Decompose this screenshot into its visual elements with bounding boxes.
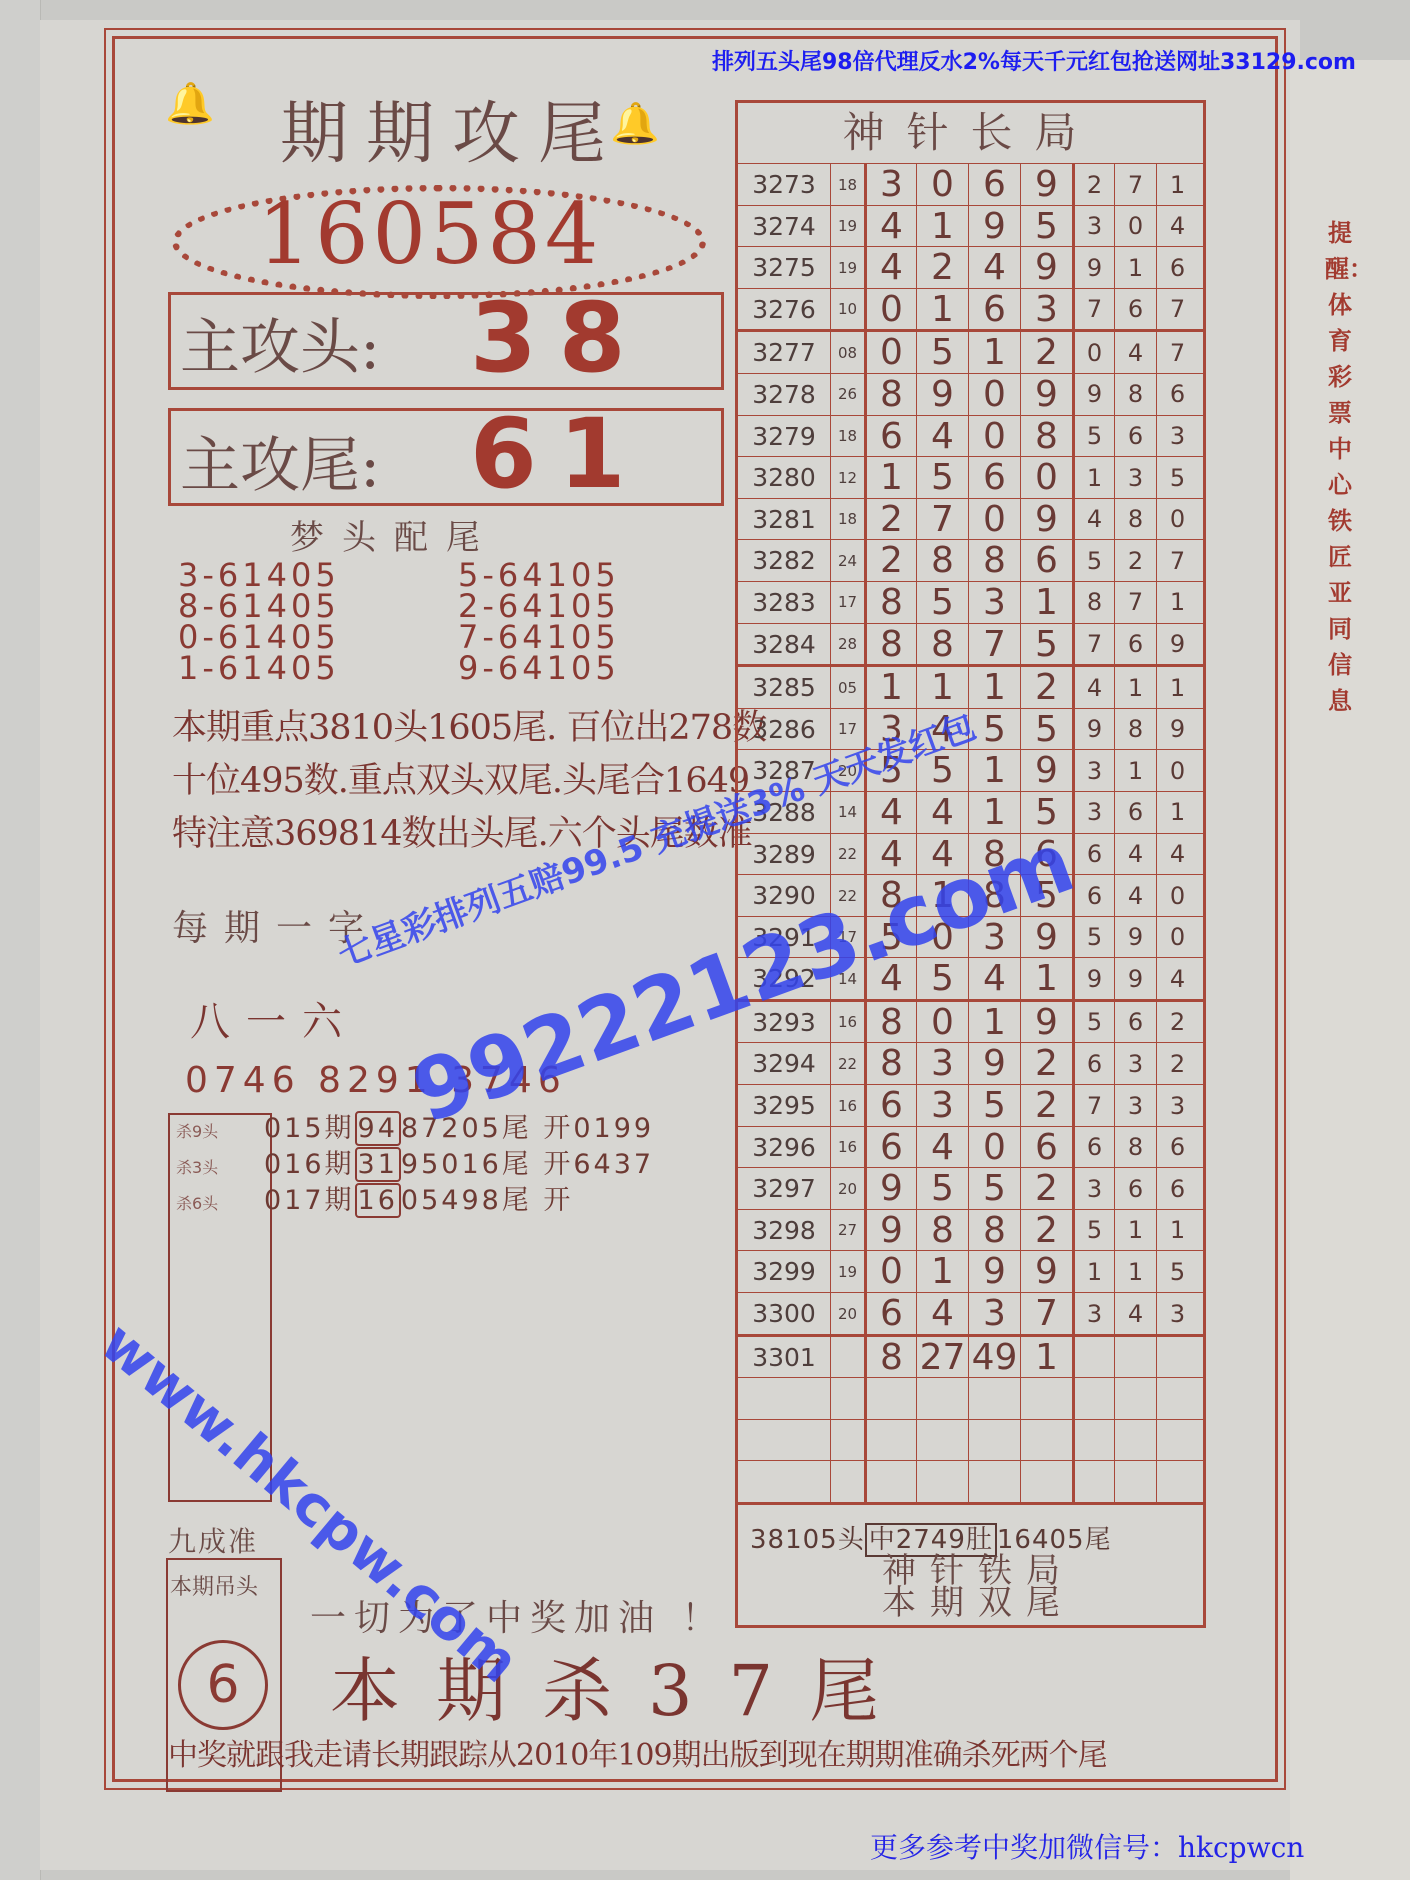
period-cell: 3300 bbox=[738, 1293, 830, 1334]
small-digit-cell: 1 bbox=[1156, 792, 1198, 833]
small-digit-cell bbox=[1114, 1337, 1156, 1378]
small-digit-cell: 7 bbox=[1156, 332, 1198, 373]
small-digit-cell: 0 bbox=[1156, 917, 1198, 958]
small-digit-cell: 3 bbox=[1072, 206, 1114, 247]
small-digit-cell: 0 bbox=[1072, 332, 1114, 373]
digit-cell: 9 bbox=[968, 1251, 1020, 1292]
digit-cell: 4 bbox=[916, 416, 968, 457]
table-row: 3284288875769 bbox=[738, 623, 1203, 665]
sum-cell: 28 bbox=[830, 624, 864, 665]
digit-cell: 9 bbox=[916, 374, 968, 415]
small-digit-cell: 5 bbox=[1156, 457, 1198, 498]
main-head-label: 主攻头: bbox=[180, 300, 380, 386]
digit-cell: 3 bbox=[864, 164, 916, 205]
digit-cell: 4 bbox=[916, 792, 968, 833]
digit-cell: 5 bbox=[968, 1085, 1020, 1126]
small-digit-cell: 5 bbox=[1072, 1210, 1114, 1251]
small-digit-cell: 4 bbox=[1156, 958, 1198, 999]
small-digit-cell: 3 bbox=[1072, 750, 1114, 791]
period-cell bbox=[738, 1461, 830, 1502]
sum-cell bbox=[830, 1378, 864, 1419]
small-digit-cell: 6 bbox=[1156, 247, 1198, 288]
digit-cell bbox=[968, 1420, 1020, 1461]
main-tail-value: 61 bbox=[470, 398, 648, 510]
small-digit-cell: 7 bbox=[1072, 624, 1114, 665]
small-digit-cell: 1 bbox=[1114, 667, 1156, 708]
digit-cell: 0 bbox=[864, 1251, 916, 1292]
small-digit-cell: 0 bbox=[1156, 499, 1198, 540]
table-row: 3297209552366 bbox=[738, 1167, 1203, 1209]
table-footer-line2: 神针铁局本期双尾 bbox=[808, 1555, 1148, 1619]
table-row: 3294228392632 bbox=[738, 1042, 1203, 1084]
table-row: 3277080512047 bbox=[738, 329, 1203, 373]
small-digit-cell bbox=[1072, 1378, 1114, 1419]
digit-cell: 7 bbox=[916, 499, 968, 540]
small-digit-cell: 4 bbox=[1114, 1293, 1156, 1334]
digit-cell: 5 bbox=[968, 1168, 1020, 1209]
small-digit-cell: 0 bbox=[1156, 750, 1198, 791]
period-cell: 3286 bbox=[738, 709, 830, 750]
digit-cell: 8 bbox=[916, 624, 968, 665]
digit-cell: 0 bbox=[968, 1127, 1020, 1168]
side-note: 提醒：体育彩票中心铁匠亚同信息 bbox=[1325, 215, 1355, 719]
digit-cell: 1 bbox=[1020, 582, 1072, 623]
small-digit-cell: 1 bbox=[1114, 247, 1156, 288]
watermark-top: 排列五头尾98倍代理反水2%每天千元红包抢送网址33129.com bbox=[712, 45, 1356, 76]
digit-cell: 9 bbox=[1020, 1002, 1072, 1043]
period-cell bbox=[738, 1378, 830, 1419]
period-cell: 3299 bbox=[738, 1251, 830, 1292]
digit-cell: 6 bbox=[968, 289, 1020, 330]
digit-cell: 9 bbox=[968, 1043, 1020, 1084]
digit-cell: 8 bbox=[864, 1337, 916, 1378]
digit-cell bbox=[864, 1461, 916, 1502]
this-head-value: 6 bbox=[178, 1640, 268, 1730]
period-cell: 3275 bbox=[738, 247, 830, 288]
digit-cell: 1 bbox=[864, 667, 916, 708]
sum-cell: 18 bbox=[830, 416, 864, 457]
small-digit-cell bbox=[1156, 1461, 1198, 1502]
sum-cell: 19 bbox=[830, 247, 864, 288]
small-digit-cell: 6 bbox=[1114, 792, 1156, 833]
digit-cell: 2 bbox=[1020, 1210, 1072, 1251]
small-digit-cell: 4 bbox=[1072, 499, 1114, 540]
sum-cell: 27 bbox=[830, 1210, 864, 1251]
this-head-label: 本期吊头 bbox=[170, 1570, 258, 1601]
digit-cell: 5 bbox=[916, 1168, 968, 1209]
digit-cell: 4 bbox=[968, 247, 1020, 288]
small-digit-cell bbox=[1072, 1420, 1114, 1461]
sum-cell: 16 bbox=[830, 1002, 864, 1043]
small-digit-cell: 2 bbox=[1114, 540, 1156, 581]
digit-cell: 49 bbox=[968, 1337, 1020, 1378]
digit-cell: 8 bbox=[864, 1043, 916, 1084]
sum-cell: 08 bbox=[830, 332, 864, 373]
sum-cell: 18 bbox=[830, 164, 864, 205]
digit-cell bbox=[1020, 1420, 1072, 1461]
small-digit-cell: 1 bbox=[1114, 750, 1156, 791]
small-digit-cell bbox=[1114, 1420, 1156, 1461]
digit-cell: 6 bbox=[864, 1293, 916, 1334]
digit-cell: 4 bbox=[864, 247, 916, 288]
digit-cell: 0 bbox=[864, 289, 916, 330]
small-digit-cell: 6 bbox=[1072, 834, 1114, 875]
bell-icon: 🔔 bbox=[165, 80, 215, 127]
period-cell: 3280 bbox=[738, 457, 830, 498]
digit-cell: 2 bbox=[1020, 1043, 1072, 1084]
period-cell: 3283 bbox=[738, 582, 830, 623]
digit-cell: 6 bbox=[1020, 540, 1072, 581]
digit-cell: 8 bbox=[864, 624, 916, 665]
digit-cell: 9 bbox=[1020, 374, 1072, 415]
small-digit-cell: 1 bbox=[1156, 1210, 1198, 1251]
digit-cell: 7 bbox=[968, 624, 1020, 665]
period-cell: 3289 bbox=[738, 834, 830, 875]
digit-cell: 1 bbox=[1020, 958, 1072, 999]
digit-cell: 6 bbox=[864, 416, 916, 457]
small-digit-cell: 2 bbox=[1072, 164, 1114, 205]
dream-pairs: 3-61405 5-64105 8-61405 2-64105 0-61405 … bbox=[178, 560, 738, 684]
footer-text: 中奖就跟我走请长期跟踪从2010年109期出版到现在期期准确杀死两个尾 bbox=[168, 1730, 1107, 1774]
digit-cell bbox=[1020, 1461, 1072, 1502]
table-row bbox=[738, 1377, 1203, 1419]
digit-cell: 2 bbox=[864, 540, 916, 581]
small-digit-cell: 7 bbox=[1072, 1085, 1114, 1126]
table-row: 3275194249916 bbox=[738, 246, 1203, 288]
small-digit-cell: 3 bbox=[1156, 1293, 1198, 1334]
digit-cell: 9 bbox=[1020, 1251, 1072, 1292]
digit-cell: 2 bbox=[1020, 1085, 1072, 1126]
period-cell: 3277 bbox=[738, 332, 830, 373]
table-row: 3281182709480 bbox=[738, 498, 1203, 540]
sum-cell: 12 bbox=[830, 457, 864, 498]
table-row: 3300206437343 bbox=[738, 1292, 1203, 1334]
table-footer: 38105头中2749肚16405尾 神针铁局本期双尾 bbox=[738, 1502, 1203, 1625]
digit-cell: 8 bbox=[968, 540, 1020, 581]
sum-cell: 05 bbox=[830, 667, 864, 708]
kill-row: 杀9头015期9487205尾 开0199 bbox=[176, 1112, 654, 1148]
small-digit-cell: 9 bbox=[1072, 247, 1114, 288]
adjacent-page-left bbox=[0, 0, 41, 1880]
period-cell: 3278 bbox=[738, 374, 830, 415]
digit-cell: 6 bbox=[864, 1127, 916, 1168]
digit-cell: 3 bbox=[916, 1043, 968, 1084]
small-digit-cell: 5 bbox=[1072, 416, 1114, 457]
digit-cell: 1 bbox=[916, 289, 968, 330]
small-digit-cell: 1 bbox=[1072, 457, 1114, 498]
digit-cell: 1 bbox=[968, 667, 1020, 708]
digit-cell: 0 bbox=[968, 499, 1020, 540]
digit-cell: 0 bbox=[864, 332, 916, 373]
small-digit-cell: 2 bbox=[1156, 1002, 1198, 1043]
small-digit-cell: 9 bbox=[1156, 709, 1198, 750]
period-cell: 3273 bbox=[738, 164, 830, 205]
digit-cell: 9 bbox=[864, 1168, 916, 1209]
digit-cell: 3 bbox=[916, 1085, 968, 1126]
sum-cell: 20 bbox=[830, 1168, 864, 1209]
small-digit-cell: 1 bbox=[1156, 164, 1198, 205]
period-cell: 3284 bbox=[738, 624, 830, 665]
sum-cell: 22 bbox=[830, 1043, 864, 1084]
digit-cell: 5 bbox=[1020, 206, 1072, 247]
table-row: 3298279882511 bbox=[738, 1209, 1203, 1251]
period-cell: 3281 bbox=[738, 499, 830, 540]
sum-cell: 20 bbox=[830, 1293, 864, 1334]
digit-cell: 4 bbox=[968, 958, 1020, 999]
small-digit-cell: 1 bbox=[1114, 1210, 1156, 1251]
small-digit-cell: 6 bbox=[1114, 289, 1156, 330]
digit-cell: 0 bbox=[1020, 457, 1072, 498]
small-digit-cell bbox=[1156, 1378, 1198, 1419]
table-row bbox=[738, 1460, 1203, 1502]
digit-cell: 8 bbox=[968, 1210, 1020, 1251]
main-head-value: 38 bbox=[470, 282, 648, 394]
digit-cell: 9 bbox=[1020, 499, 1072, 540]
small-digit-cell: 3 bbox=[1072, 1168, 1114, 1209]
kill-row: 杀3头016期3195016尾 开6437 bbox=[176, 1148, 654, 1184]
digit-cell: 1 bbox=[968, 1002, 1020, 1043]
sum-cell: 10 bbox=[830, 289, 864, 330]
digit-cell: 2 bbox=[1020, 667, 1072, 708]
digit-cell: 6 bbox=[968, 164, 1020, 205]
small-digit-cell bbox=[1072, 1337, 1114, 1378]
digit-cell bbox=[916, 1461, 968, 1502]
period-cell: 3276 bbox=[738, 289, 830, 330]
digit-cell: 5 bbox=[916, 582, 968, 623]
small-digit-cell: 3 bbox=[1156, 1085, 1198, 1126]
digit-cell: 8 bbox=[916, 1210, 968, 1251]
small-digit-cell: 3 bbox=[1114, 1085, 1156, 1126]
small-digit-cell: 5 bbox=[1072, 1002, 1114, 1043]
small-digit-cell: 9 bbox=[1072, 958, 1114, 999]
daily-char-value: 八一六 bbox=[190, 990, 358, 1047]
digit-cell: 4 bbox=[916, 1127, 968, 1168]
digit-cell: 2 bbox=[1020, 332, 1072, 373]
small-digit-cell: 2 bbox=[1156, 1043, 1198, 1084]
small-digit-cell: 3 bbox=[1156, 416, 1198, 457]
small-digit-cell: 4 bbox=[1156, 206, 1198, 247]
digit-cell: 8 bbox=[1020, 416, 1072, 457]
digit-cell: 3 bbox=[1020, 289, 1072, 330]
digit-cell: 5 bbox=[1020, 709, 1072, 750]
digit-cell: 0 bbox=[968, 416, 1020, 457]
sum-cell: 26 bbox=[830, 374, 864, 415]
digit-cell: 5 bbox=[916, 332, 968, 373]
digit-cell bbox=[968, 1461, 1020, 1502]
sheet-title: 期期攻尾 bbox=[280, 80, 624, 177]
period-cell: 3282 bbox=[738, 540, 830, 581]
small-digit-cell: 1 bbox=[1072, 1251, 1114, 1292]
digit-cell: 2 bbox=[916, 247, 968, 288]
small-digit-cell: 4 bbox=[1114, 834, 1156, 875]
small-digit-cell bbox=[1156, 1420, 1198, 1461]
digit-cell bbox=[916, 1420, 968, 1461]
small-digit-cell: 6 bbox=[1156, 1168, 1198, 1209]
sum-cell bbox=[830, 1337, 864, 1378]
table-row: 3295166352733 bbox=[738, 1084, 1203, 1126]
table-row: 3280121560135 bbox=[738, 456, 1203, 498]
small-digit-cell: 9 bbox=[1156, 624, 1198, 665]
sum-cell: 16 bbox=[830, 1085, 864, 1126]
digit-cell: 0 bbox=[968, 374, 1020, 415]
small-digit-cell: 8 bbox=[1072, 582, 1114, 623]
small-digit-cell: 6 bbox=[1072, 1043, 1114, 1084]
small-digit-cell: 5 bbox=[1072, 540, 1114, 581]
small-digit-cell: 8 bbox=[1114, 1127, 1156, 1168]
small-digit-cell: 7 bbox=[1114, 582, 1156, 623]
small-digit-cell: 9 bbox=[1114, 917, 1156, 958]
table-row: 3301827491 bbox=[738, 1334, 1203, 1378]
kill-tail-text: 本期杀37尾 bbox=[330, 1635, 915, 1736]
small-digit-cell bbox=[1114, 1461, 1156, 1502]
table-row: 3274194195304 bbox=[738, 205, 1203, 247]
dream-title: 梦头配尾 bbox=[290, 510, 498, 559]
digit-cell: 9 bbox=[1020, 750, 1072, 791]
period-cell: 3294 bbox=[738, 1043, 830, 1084]
table-title: 神针长局 bbox=[738, 103, 1203, 163]
digit-cell: 5 bbox=[916, 457, 968, 498]
sum-cell bbox=[830, 1420, 864, 1461]
small-digit-cell: 7 bbox=[1114, 164, 1156, 205]
small-digit-cell: 8 bbox=[1114, 709, 1156, 750]
digit-cell: 6 bbox=[864, 1085, 916, 1126]
small-digit-cell: 6 bbox=[1156, 1127, 1198, 1168]
digit-cell: 0 bbox=[916, 1002, 968, 1043]
table-row: 3283178531871 bbox=[738, 581, 1203, 623]
digit-cell bbox=[968, 1378, 1020, 1419]
digit-cell bbox=[916, 1378, 968, 1419]
small-digit-cell: 6 bbox=[1114, 624, 1156, 665]
sum-cell bbox=[830, 1461, 864, 1502]
digit-cell: 4 bbox=[864, 792, 916, 833]
digit-cell: 4 bbox=[916, 1293, 968, 1334]
small-digit-cell: 6 bbox=[1156, 374, 1198, 415]
watermark-bottom: 更多参考中奖加微信号：hkcpwcn bbox=[870, 1826, 1304, 1866]
small-digit-cell bbox=[1156, 1337, 1198, 1378]
small-digit-cell: 1 bbox=[1156, 667, 1198, 708]
digit-cell: 8 bbox=[864, 582, 916, 623]
small-digit-cell bbox=[1114, 1378, 1156, 1419]
digit-cell: 9 bbox=[864, 1210, 916, 1251]
digit-cell: 3 bbox=[968, 1293, 1020, 1334]
small-digit-cell: 9 bbox=[1072, 374, 1114, 415]
table-row: 3278268909986 bbox=[738, 373, 1203, 415]
period-cell: 3296 bbox=[738, 1127, 830, 1168]
small-digit-cell: 4 bbox=[1114, 875, 1156, 916]
digit-cell: 1 bbox=[864, 457, 916, 498]
small-digit-cell: 7 bbox=[1156, 540, 1198, 581]
period-cell: 3298 bbox=[738, 1210, 830, 1251]
digit-cell: 8 bbox=[864, 374, 916, 415]
small-digit-cell: 3 bbox=[1114, 1043, 1156, 1084]
small-digit-cell: 6 bbox=[1114, 1002, 1156, 1043]
digit-cell: 1 bbox=[916, 1251, 968, 1292]
digit-cell: 5 bbox=[1020, 624, 1072, 665]
period-cell bbox=[738, 1420, 830, 1461]
sum-cell: 19 bbox=[830, 206, 864, 247]
digit-cell: 6 bbox=[968, 457, 1020, 498]
note-line: 本期重点3810头1605尾. 百位出278数 bbox=[172, 702, 766, 755]
small-digit-cell: 3 bbox=[1072, 1293, 1114, 1334]
small-digit-cell: 7 bbox=[1156, 289, 1198, 330]
table-row bbox=[738, 1419, 1203, 1461]
digit-cell: 7 bbox=[1020, 1293, 1072, 1334]
small-digit-cell: 9 bbox=[1114, 958, 1156, 999]
table-row: 3273183069271 bbox=[738, 163, 1203, 205]
small-digit-cell: 5 bbox=[1072, 917, 1114, 958]
digit-cell: 9 bbox=[968, 206, 1020, 247]
period-cell: 3285 bbox=[738, 667, 830, 708]
small-digit-cell: 5 bbox=[1156, 1251, 1198, 1292]
small-digit-cell: 1 bbox=[1156, 582, 1198, 623]
digit-cell bbox=[864, 1420, 916, 1461]
digit-cell: 9 bbox=[1020, 164, 1072, 205]
digit-cell bbox=[1020, 1378, 1072, 1419]
digit-cell bbox=[864, 1378, 916, 1419]
small-digit-cell: 9 bbox=[1072, 709, 1114, 750]
digit-cell: 8 bbox=[916, 540, 968, 581]
sum-cell: 17 bbox=[830, 582, 864, 623]
small-digit-cell: 8 bbox=[1114, 499, 1156, 540]
table-row: 3299190199115 bbox=[738, 1250, 1203, 1292]
kill-row: 杀6头017期1605498尾 开 bbox=[176, 1184, 654, 1220]
digit-cell: 9 bbox=[1020, 247, 1072, 288]
digit-cell: 4 bbox=[864, 206, 916, 247]
small-digit-cell: 0 bbox=[1156, 875, 1198, 916]
table-row: 3279186408563 bbox=[738, 415, 1203, 457]
table-row: 3296166406686 bbox=[738, 1126, 1203, 1168]
digit-cell: 6 bbox=[1020, 1127, 1072, 1168]
sum-cell: 24 bbox=[830, 540, 864, 581]
digit-cell: 1 bbox=[968, 750, 1020, 791]
table-row: 3282242886527 bbox=[738, 539, 1203, 581]
small-digit-cell: 3 bbox=[1072, 792, 1114, 833]
accuracy-label: 九成准 bbox=[168, 1520, 258, 1560]
digit-cell: 2 bbox=[864, 499, 916, 540]
period-cell: 3279 bbox=[738, 416, 830, 457]
small-digit-cell: 6 bbox=[1114, 1168, 1156, 1209]
period-cell: 3274 bbox=[738, 206, 830, 247]
small-digit-cell: 4 bbox=[1114, 332, 1156, 373]
digit-cell: 1 bbox=[916, 206, 968, 247]
code-number: 160584 bbox=[230, 185, 630, 283]
digit-cell: 3 bbox=[968, 582, 1020, 623]
note-line: 十位495数.重点双头双尾.头尾合1649 bbox=[172, 755, 766, 808]
period-cell: 3297 bbox=[738, 1168, 830, 1209]
small-digit-cell: 7 bbox=[1072, 289, 1114, 330]
small-digit-cell: 1 bbox=[1114, 1251, 1156, 1292]
small-digit-cell: 4 bbox=[1072, 667, 1114, 708]
small-digit-cell: 6 bbox=[1114, 416, 1156, 457]
sum-cell: 18 bbox=[830, 499, 864, 540]
digit-cell: 0 bbox=[916, 164, 968, 205]
digit-cell: 1 bbox=[968, 332, 1020, 373]
digit-cell: 5 bbox=[916, 958, 968, 999]
digit-cell: 1 bbox=[1020, 1337, 1072, 1378]
small-digit-cell: 4 bbox=[1156, 834, 1198, 875]
small-digit-cell: 6 bbox=[1072, 1127, 1114, 1168]
sum-cell: 19 bbox=[830, 1251, 864, 1292]
small-digit-cell bbox=[1072, 1461, 1114, 1502]
table-row: 3276100163767 bbox=[738, 288, 1203, 330]
period-cell: 3295 bbox=[738, 1085, 830, 1126]
sum-cell: 22 bbox=[830, 834, 864, 875]
digit-cell: 2 bbox=[1020, 1168, 1072, 1209]
kill-head-rows: 杀9头015期9487205尾 开0199 杀3头016期3195016尾 开6… bbox=[176, 1112, 654, 1220]
period-cell: 3301 bbox=[738, 1337, 830, 1378]
small-digit-cell: 0 bbox=[1114, 206, 1156, 247]
digit-cell: 8 bbox=[864, 1002, 916, 1043]
